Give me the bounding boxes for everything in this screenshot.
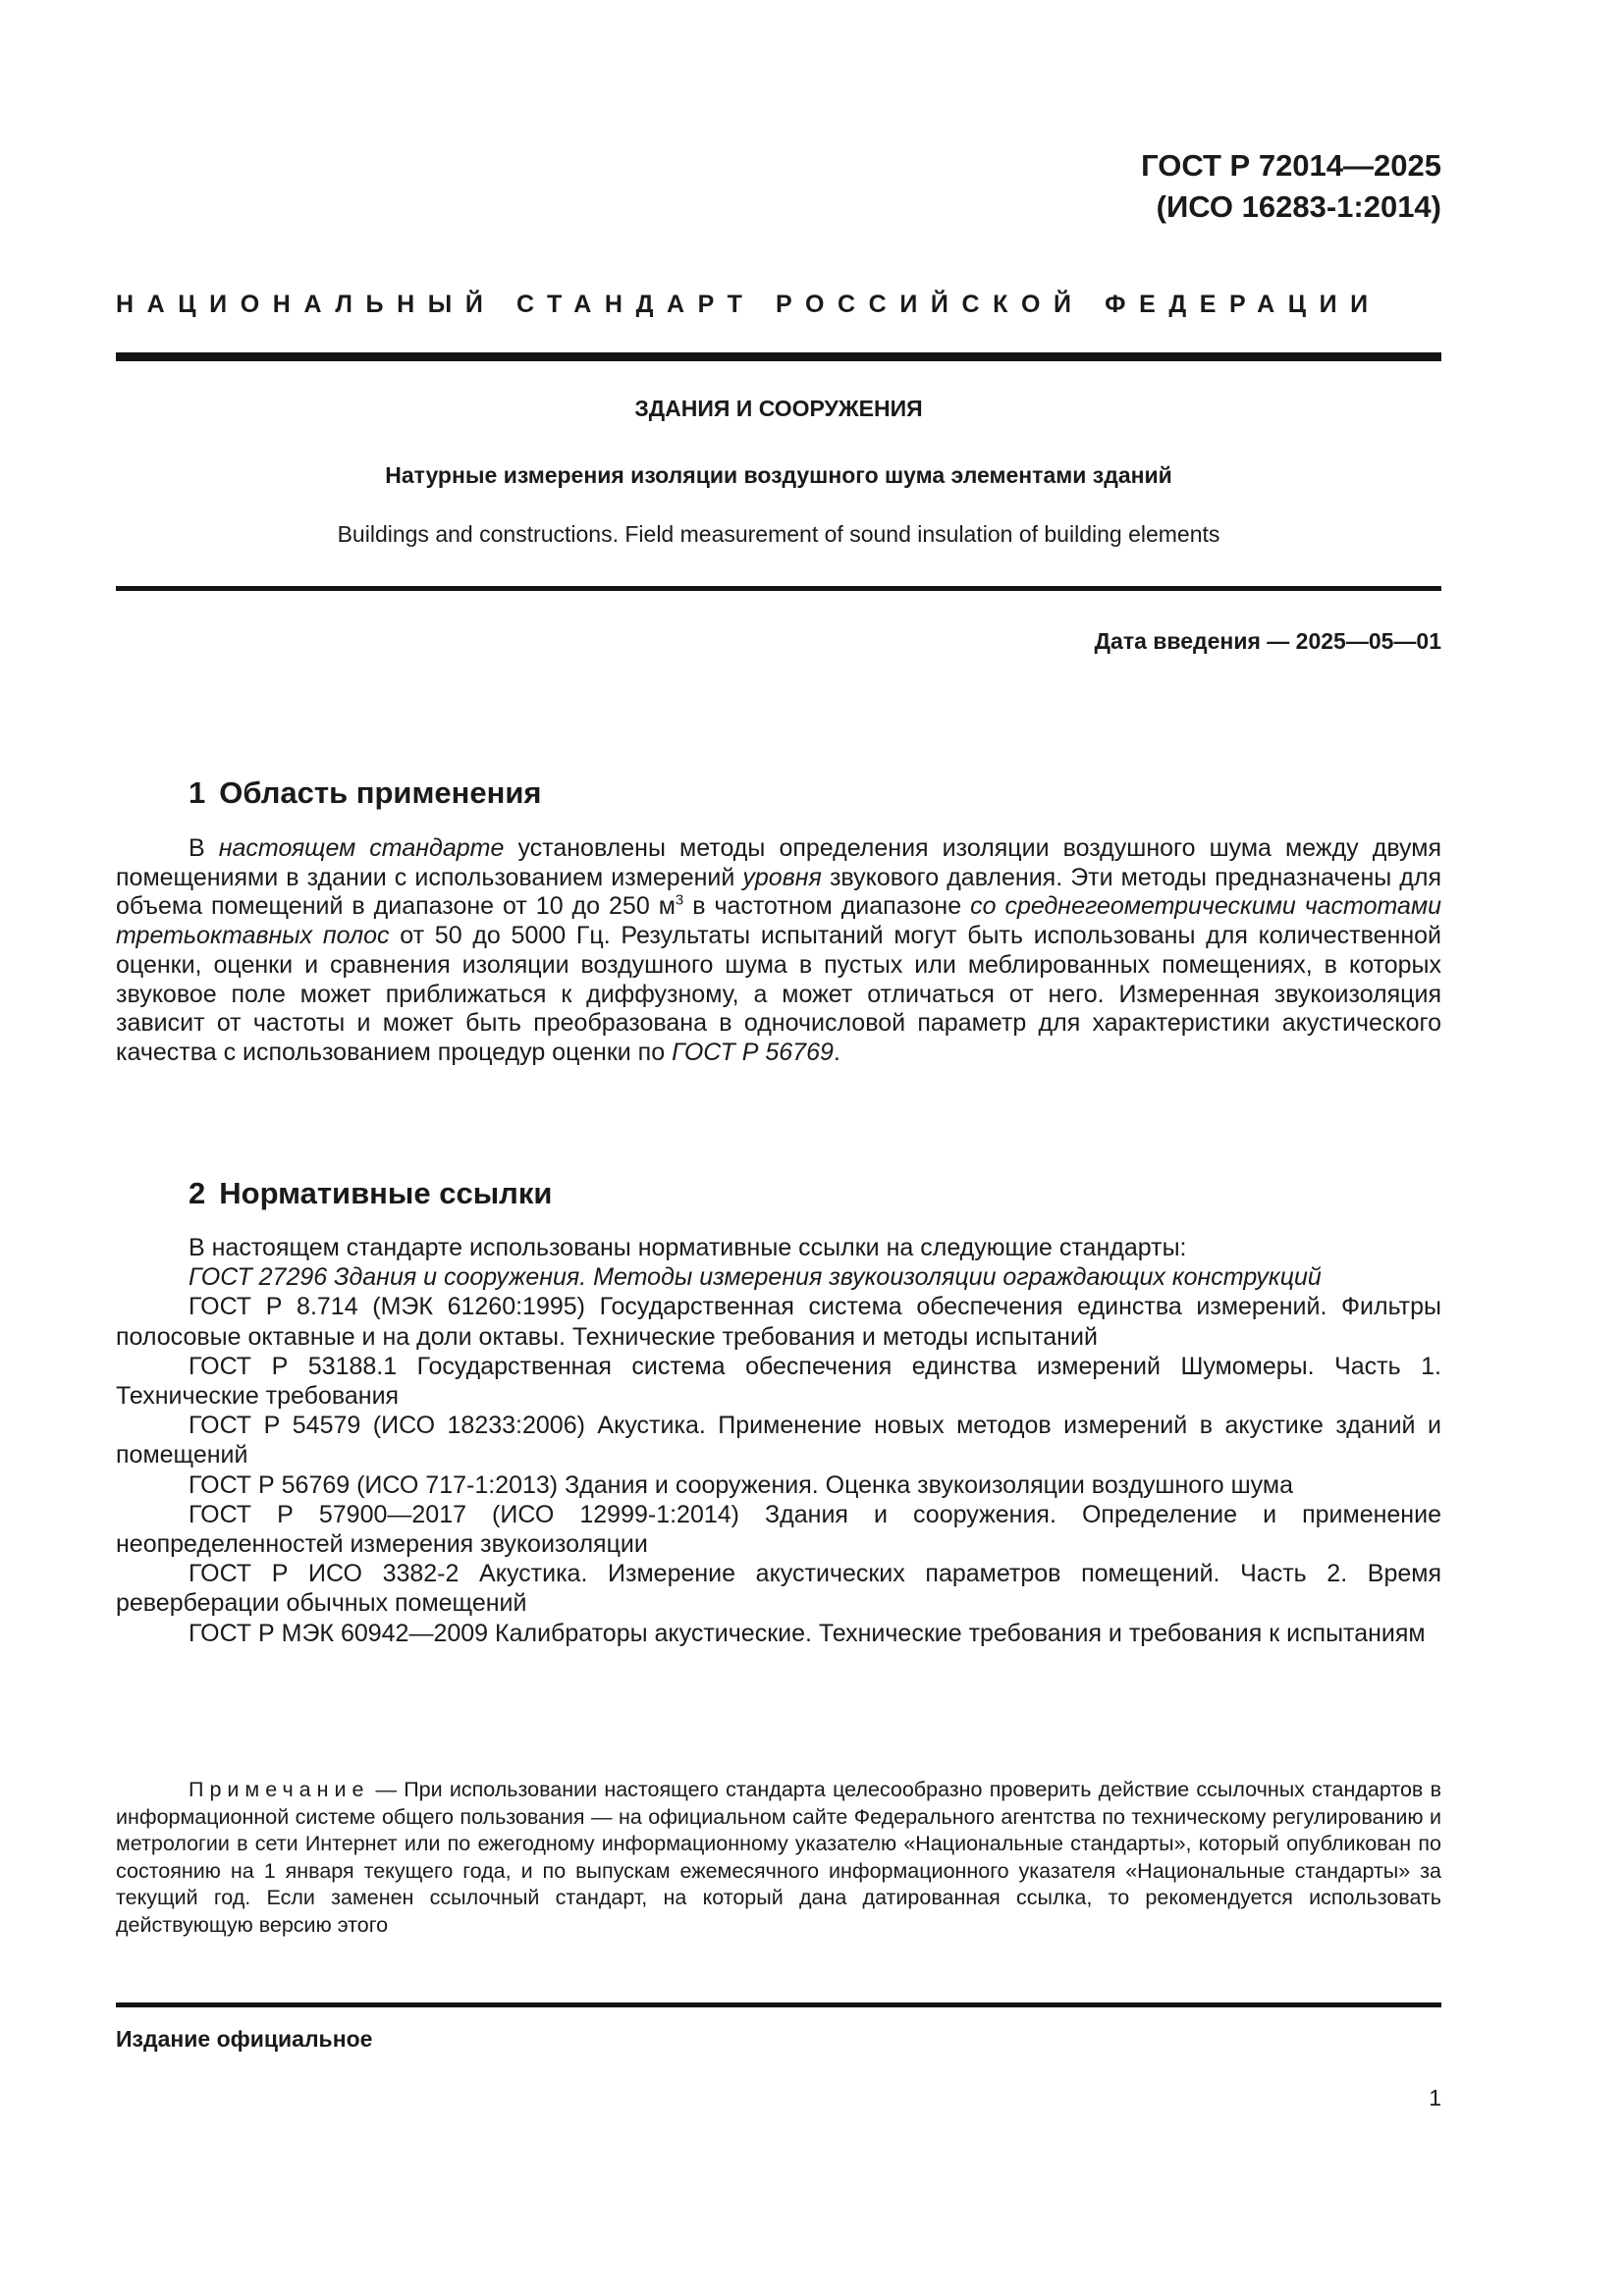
- designation-gost: ГОСТ Р 72014—2025: [1141, 145, 1441, 187]
- reference-item: ГОСТ 27296 Здания и сооружения. Методы и…: [116, 1262, 1441, 1292]
- italic-term: уровня: [742, 864, 821, 891]
- reference-item: ГОСТ Р 8.714 (МЭК 61260:1995) Государств…: [116, 1292, 1441, 1351]
- reference-item: ГОСТ Р 54579 (ИСО 18233:2006) Акустика. …: [116, 1411, 1441, 1469]
- section-number: 2: [189, 1176, 205, 1210]
- footer-rule: [116, 2002, 1441, 2007]
- text-run: .: [834, 1039, 840, 1066]
- section-number: 1: [189, 775, 205, 810]
- reference-item: ГОСТ Р ИСО 3382-2 Акустика. Измерение ак…: [116, 1559, 1441, 1618]
- note: Примечание— При использовании настоящего…: [116, 1777, 1441, 1940]
- header-rule: [116, 352, 1441, 361]
- italic-term: настоящем стандарте: [219, 834, 505, 862]
- text-run: в частотном диапазоне: [683, 892, 970, 920]
- title-english: Buildings and constructions. Field measu…: [116, 521, 1441, 548]
- date-of-introduction: Дата введения — 2025—05—01: [1095, 628, 1441, 655]
- title-sub: Натурные измерения изоляции воздушного ш…: [116, 462, 1441, 489]
- title-rule: [116, 586, 1441, 591]
- page-number: 1: [1429, 2085, 1441, 2111]
- reference-item: ГОСТ Р МЭК 60942—2009 Калибраторы акусти…: [116, 1619, 1441, 1648]
- references-list: В настоящем стандарте использованы норма…: [116, 1233, 1441, 1648]
- national-standard-banner: НАЦИОНАЛЬНЫЙ СТАНДАРТ РОССИЙСКОЙ ФЕДЕРАЦ…: [116, 291, 1441, 319]
- section-title: Область применения: [219, 775, 541, 810]
- reference-item: ГОСТ Р 56769 (ИСО 717-1:2013) Здания и с…: [116, 1470, 1441, 1500]
- official-edition-label: Издание официальное: [116, 2026, 372, 2053]
- title-main: ЗДАНИЯ И СООРУЖЕНИЯ: [116, 396, 1441, 422]
- text-run: В: [189, 834, 219, 862]
- section-1-paragraph: В настоящем стандарте установлены методы…: [116, 834, 1441, 1068]
- section-1-heading: 1Область применения: [189, 775, 542, 811]
- section-2-heading: 2Нормативные ссылки: [189, 1176, 552, 1211]
- reference-item: ГОСТ Р 57900—2017 (ИСО 12999-1:2014) Зда…: [116, 1500, 1441, 1559]
- references-intro: В настоящем стандарте использованы норма…: [116, 1233, 1441, 1262]
- section-title: Нормативные ссылки: [219, 1176, 552, 1210]
- reference-item: ГОСТ Р 53188.1 Государственная система о…: [116, 1352, 1441, 1411]
- designation-iso: (ИСО 16283-1:2014): [1141, 187, 1441, 228]
- superscript: 3: [676, 892, 683, 909]
- italic-term: ГОСТ Р 56769: [672, 1039, 834, 1066]
- note-text: — При использовании настоящего стандарта…: [116, 1778, 1441, 1937]
- note-label: Примечание: [189, 1778, 369, 1801]
- document-page: ГОСТ Р 72014—2025 (ИСО 16283-1:2014) НАЦ…: [116, 0, 1441, 2296]
- standard-designation: ГОСТ Р 72014—2025 (ИСО 16283-1:2014): [1141, 145, 1441, 228]
